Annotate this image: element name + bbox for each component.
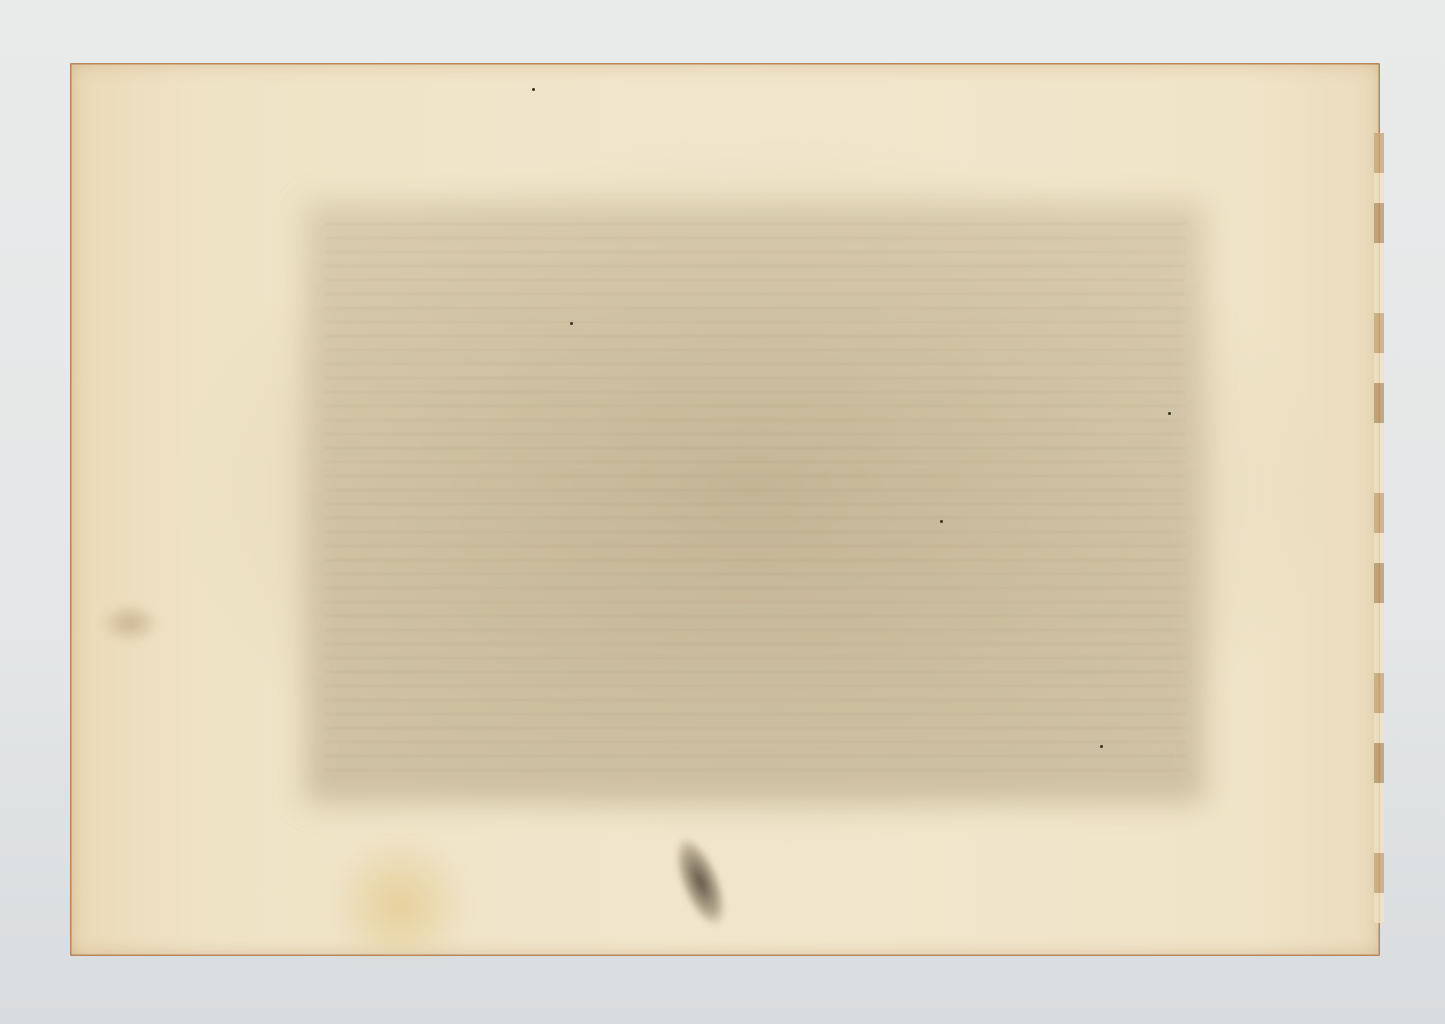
speck	[1168, 412, 1171, 415]
paper-sheet	[70, 63, 1380, 956]
dark-smudge	[655, 826, 756, 960]
speck	[1100, 745, 1103, 748]
bleed-through-text-lines	[325, 223, 1185, 783]
yellow-stain	[330, 833, 470, 953]
torn-right-edge	[1374, 133, 1384, 923]
speck	[940, 520, 943, 523]
speck	[532, 88, 535, 91]
speck	[570, 322, 573, 325]
left-edge-stain	[100, 603, 160, 643]
